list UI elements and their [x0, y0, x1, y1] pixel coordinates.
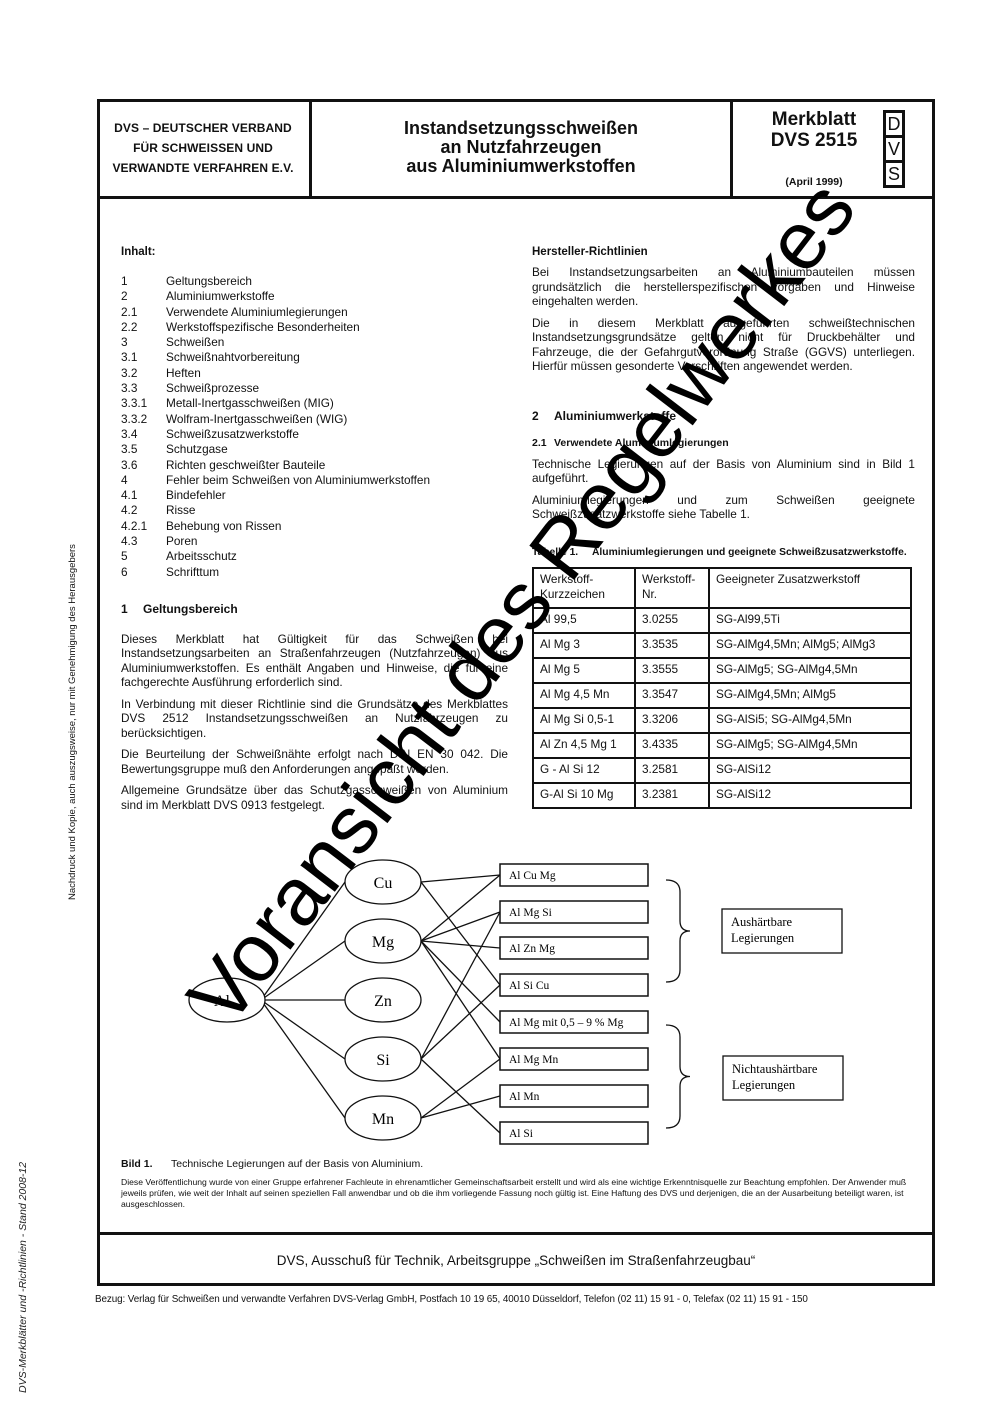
publisher-info: Bezug: Verlag für Schweißen und verwandt…: [95, 1294, 940, 1305]
edition-side-note: DVS-Merkblätter und -Richtlinien - Stand…: [17, 1162, 29, 1393]
group-label: Legierungen: [732, 1078, 796, 1092]
node-label: Mn: [372, 1111, 394, 1128]
alloy-label: Al Si: [509, 1128, 533, 1140]
node-label: Cu: [374, 875, 393, 892]
node-label: Zn: [374, 993, 392, 1010]
group-label: Nichtaushärtbare: [732, 1062, 818, 1076]
node-label: Mg: [372, 934, 394, 951]
alloy-label: Al Mg mit 0,5 – 9 % Mg: [509, 1017, 624, 1029]
figure-caption: Bild 1. Technische Legierungen auf der B…: [121, 1158, 423, 1170]
copyright-side-note: Nachdruck und Kopie, auch auszugsweise, …: [67, 544, 78, 900]
alloy-label: Al Si Cu: [509, 980, 550, 992]
alloy-label: Al Zn Mg: [509, 943, 555, 955]
alloy-label: Al Cu Mg: [509, 870, 556, 882]
node-label: Si: [376, 1052, 390, 1069]
brace-icon: [666, 880, 690, 982]
alloy-label: Al Mg Si: [509, 907, 552, 919]
alloy-label: Al Mg Mn: [509, 1054, 558, 1066]
brace-icon: [666, 1025, 690, 1128]
group-label: Aushärtbare: [731, 915, 793, 929]
alloy-label: Al Mn: [509, 1091, 540, 1103]
node-label: Al: [214, 993, 231, 1010]
group-label: Legierungen: [731, 931, 795, 945]
disclaimer-text: Diese Veröffentlichung wurde von einer G…: [121, 1177, 916, 1211]
committee-footer: DVS, Ausschuß für Technik, Arbeitsgruppe…: [97, 1232, 935, 1286]
